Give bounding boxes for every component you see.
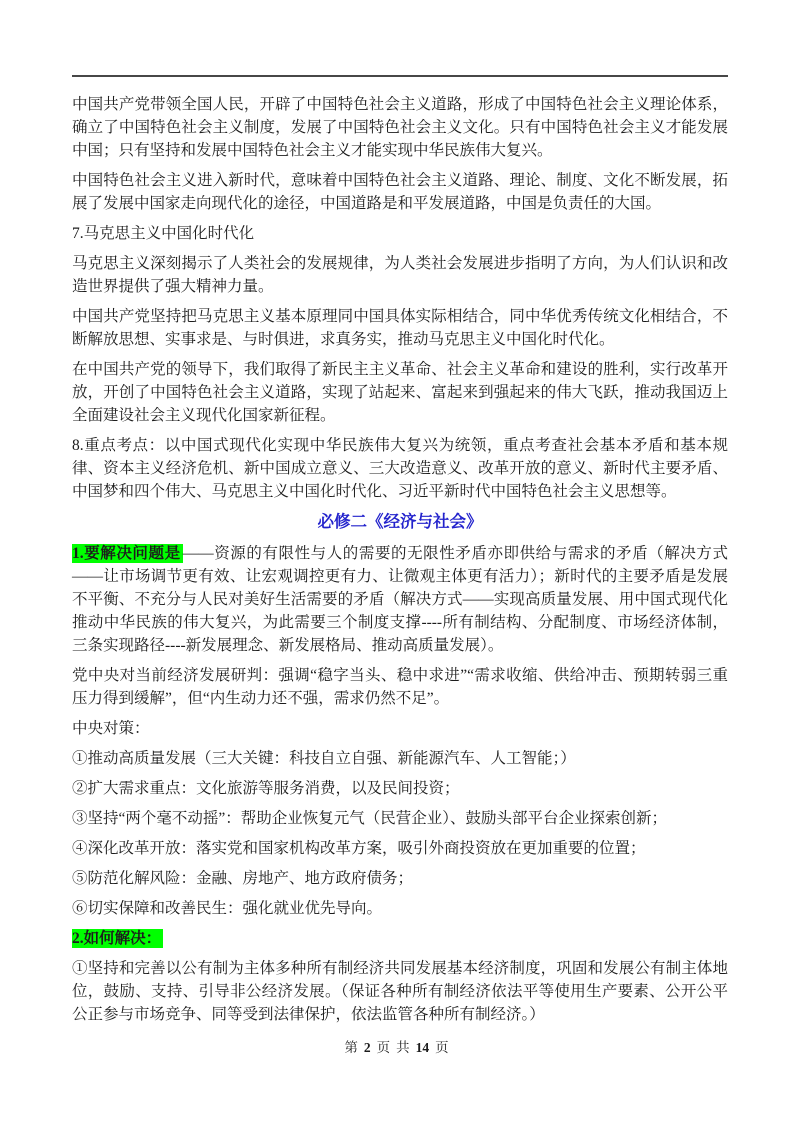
section-title-economy-society: 必修二《经济与社会》 [72,510,728,533]
para-problem-to-solve: 1.要解决问题是——资源的有限性与人的需要的无限性矛盾亦即供给与需求的矛盾（解决… [72,542,728,657]
countermeasure-item-1: ①推动高质量发展（三大关键：科技自立自强、新能源汽车、人工智能；） [72,747,728,770]
para-new-era: 中国特色社会主义进入新时代，意味着中国特色社会主义道路、理论、制度、文化不断发展… [72,169,728,215]
para-marxism-laws: 马克思主义深刻揭示了人类社会的发展规律，为人类社会发展进步指明了方向，为人们认识… [72,252,728,298]
point-8-key-exam-points: 8.重点考点：以中国式现代化实现中华民族伟大复兴为统领，重点考查社会基本矛盾和基… [72,434,728,503]
footer-mid1: 页 [377,1040,391,1055]
countermeasure-item-5: ⑤防范化解风险：金融、房地产、地方政府债务； [72,867,728,890]
countermeasure-item-2: ②扩大需求重点：文化旅游等服务消费，以及民间投资； [72,777,728,800]
document-body: 中国共产党带领全国人民，开辟了中国特色社会主义道路，形成了中国特色社会主义理论体… [72,93,728,1033]
footer-page-number: 2 [364,1040,371,1055]
footer-total-pages: 14 [416,1040,430,1055]
highlighted-lead-1: 1.要解决问题是 [72,544,183,563]
para-central-judgement: 党中央对当前经济发展研判：强调“稳字当头、稳中求进”“需求收缩、供给冲击、预期转… [72,664,728,710]
footer-suffix: 页 [435,1040,449,1055]
page-footer: 第2页共14页 [0,1038,793,1058]
countermeasure-item-6: ⑥切实保障和改善民生：强化就业优先导向。 [72,897,728,920]
para-answer-ownership: ①坚持和完善以公有制为主体多种所有制经济共同发展基本经济制度，巩固和发展公有制主… [72,957,728,1026]
footer-mid2: 共 [396,1040,410,1055]
countermeasures-title: 中央对策： [72,717,728,740]
countermeasure-item-3: ③坚持“两个毫不动摇”：帮助企业恢复元气（民营企业）、鼓励头部平台企业探索创新； [72,807,728,830]
point-7-heading: 7.马克思主义中国化时代化 [72,222,728,245]
header-divider [72,75,728,77]
countermeasure-item-4: ④深化改革开放：落实党和国家机构改革方案，吸引外商投资放在更加重要的位置； [72,837,728,860]
document-page: 中国共产党带领全国人民，开辟了中国特色社会主义道路，形成了中国特色社会主义理论体… [0,0,793,1122]
para-marxism-combination: 中国共产党坚持把马克思主义基本原理同中国具体实际相结合，同中华优秀传统文化相结合… [72,305,728,351]
highlighted-lead-2: 2.如何解决： [72,929,163,948]
para-ccp-leadership: 在中国共产党的领导下，我们取得了新民主主义革命、社会主义革命和建设的胜利，实行改… [72,358,728,427]
footer-prefix: 第 [344,1040,358,1055]
para-how-to-solve: 2.如何解决： [72,927,728,950]
para-ccp-path-achievements: 中国共产党带领全国人民，开辟了中国特色社会主义道路，形成了中国特色社会主义理论体… [72,93,728,162]
